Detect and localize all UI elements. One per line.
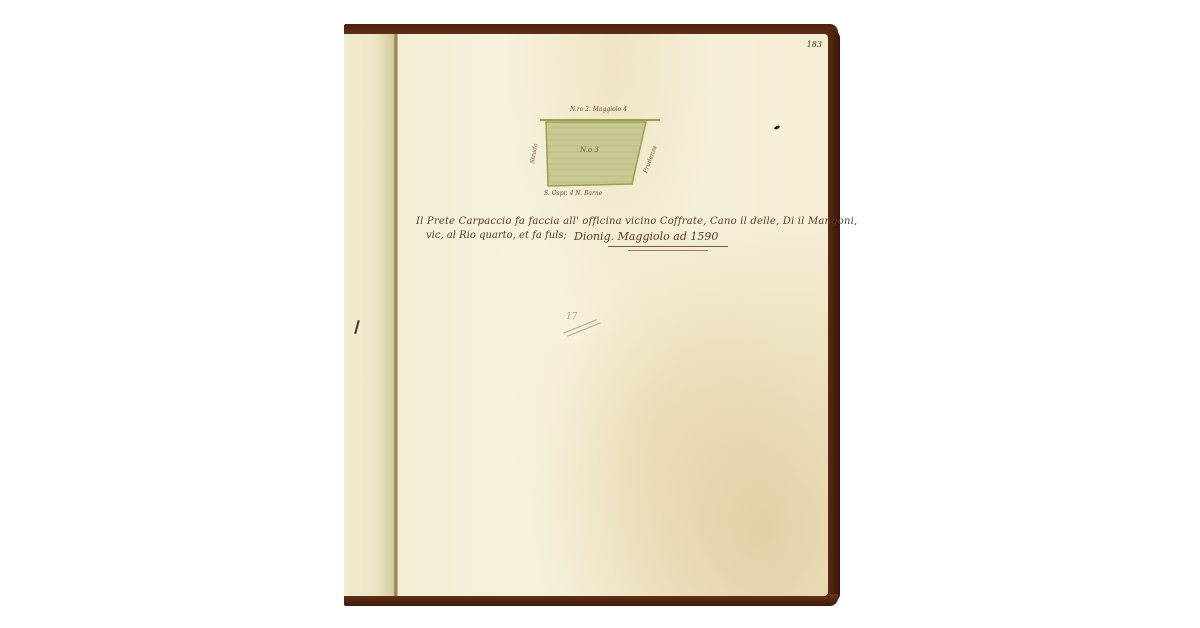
signature-underline <box>608 246 728 247</box>
manuscript-book: 183 N.ro 2. Maggiolo 4 <box>344 24 840 606</box>
pencil-note: 17 <box>566 312 577 322</box>
left-page-ink-mark <box>354 320 360 334</box>
right-page: 183 N.ro 2. Maggiolo 4 <box>398 34 828 596</box>
floor-plan-sketch: N.ro 2. Maggiolo 4 Strada Prudenza S. Os… <box>540 116 662 192</box>
handwritten-line-2: vic, al Rio quarto, et fa fuls; <box>426 230 567 241</box>
plan-label-top: N.ro 2. Maggiolo 4 <box>570 106 627 113</box>
handwritten-signature: Dionig. Maggiolo ad 1590 <box>574 230 718 243</box>
book-cover-right-edge <box>828 30 840 602</box>
plan-label-bottom: S. Ospr. 4 N. Barne <box>544 190 602 197</box>
signature-underline-secondary <box>628 250 708 251</box>
handwritten-line-1: Il Prete Carpaccio fa faccia all' offici… <box>416 216 857 227</box>
left-page <box>344 34 396 596</box>
plan-label-left: Strada <box>529 143 539 164</box>
page-number: 183 <box>807 40 822 49</box>
plan-drawing-icon <box>540 116 662 192</box>
ink-blot <box>774 125 781 130</box>
plan-center-label: N.o 3 <box>580 146 599 154</box>
